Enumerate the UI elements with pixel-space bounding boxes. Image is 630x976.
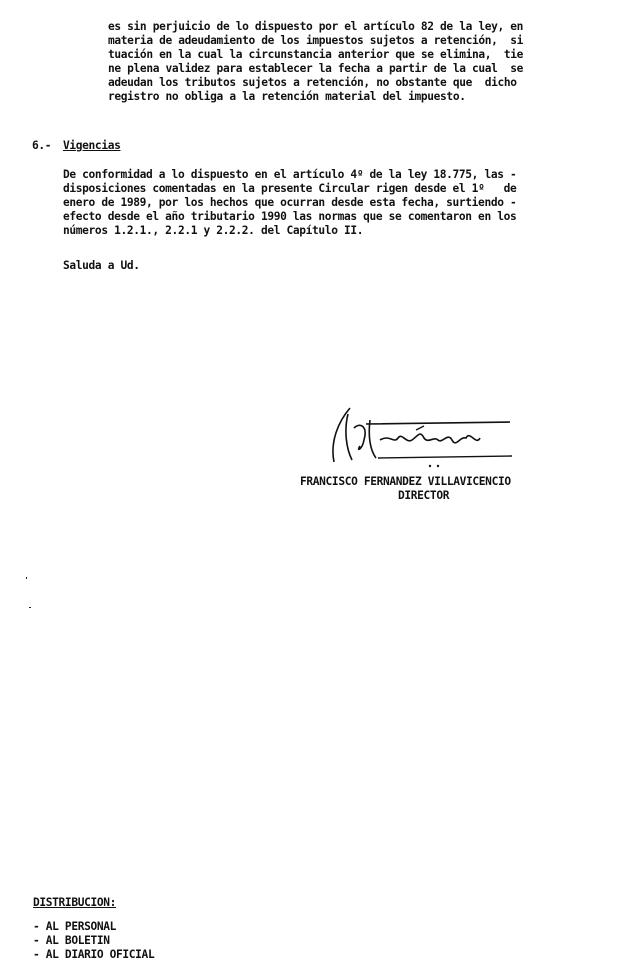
text-line: efecto desde el año tributario 1990 las … (63, 210, 516, 224)
scan-speck (29, 607, 31, 608)
text-line: De conformidad a lo dispuesto en el artí… (63, 168, 516, 182)
closing-salutation: Saluda a Ud. (63, 259, 140, 273)
section-title: Vigencias (63, 139, 120, 153)
distribution-item: - AL DIARIO OFICIAL (33, 948, 154, 962)
section-number: 6.- (32, 139, 51, 153)
distribution-item: - AL PERSONAL (33, 920, 116, 934)
text-line: registro no obliga a la retención materi… (108, 90, 466, 104)
text-line: materia de adeudamiento de los impuestos… (108, 34, 523, 48)
distribution-heading: DISTRIBUCION: (33, 896, 116, 910)
text-line: tuación en la cual la circunstancia ante… (108, 48, 523, 62)
text-line: es sin perjuicio de lo dispuesto por el … (108, 20, 523, 34)
distribution-item: - AL BOLETIN (33, 934, 110, 948)
signer-name: FRANCISCO FERNANDEZ VILLAVICENCIO (300, 475, 511, 489)
text-line: disposiciones comentadas en la presente … (63, 182, 516, 196)
handwritten-signature (320, 400, 520, 475)
text-line: números 1.2.1., 2.2.1 y 2.2.2. del Capít… (63, 224, 363, 238)
signer-title: DIRECTOR (398, 489, 449, 503)
text-line: adeudan los tributos sujetos a retención… (108, 76, 517, 90)
scan-speck (26, 577, 27, 579)
text-line: ne plena validez para establecer la fech… (108, 62, 523, 76)
text-line: enero de 1989, por los hechos que ocurra… (63, 196, 516, 210)
